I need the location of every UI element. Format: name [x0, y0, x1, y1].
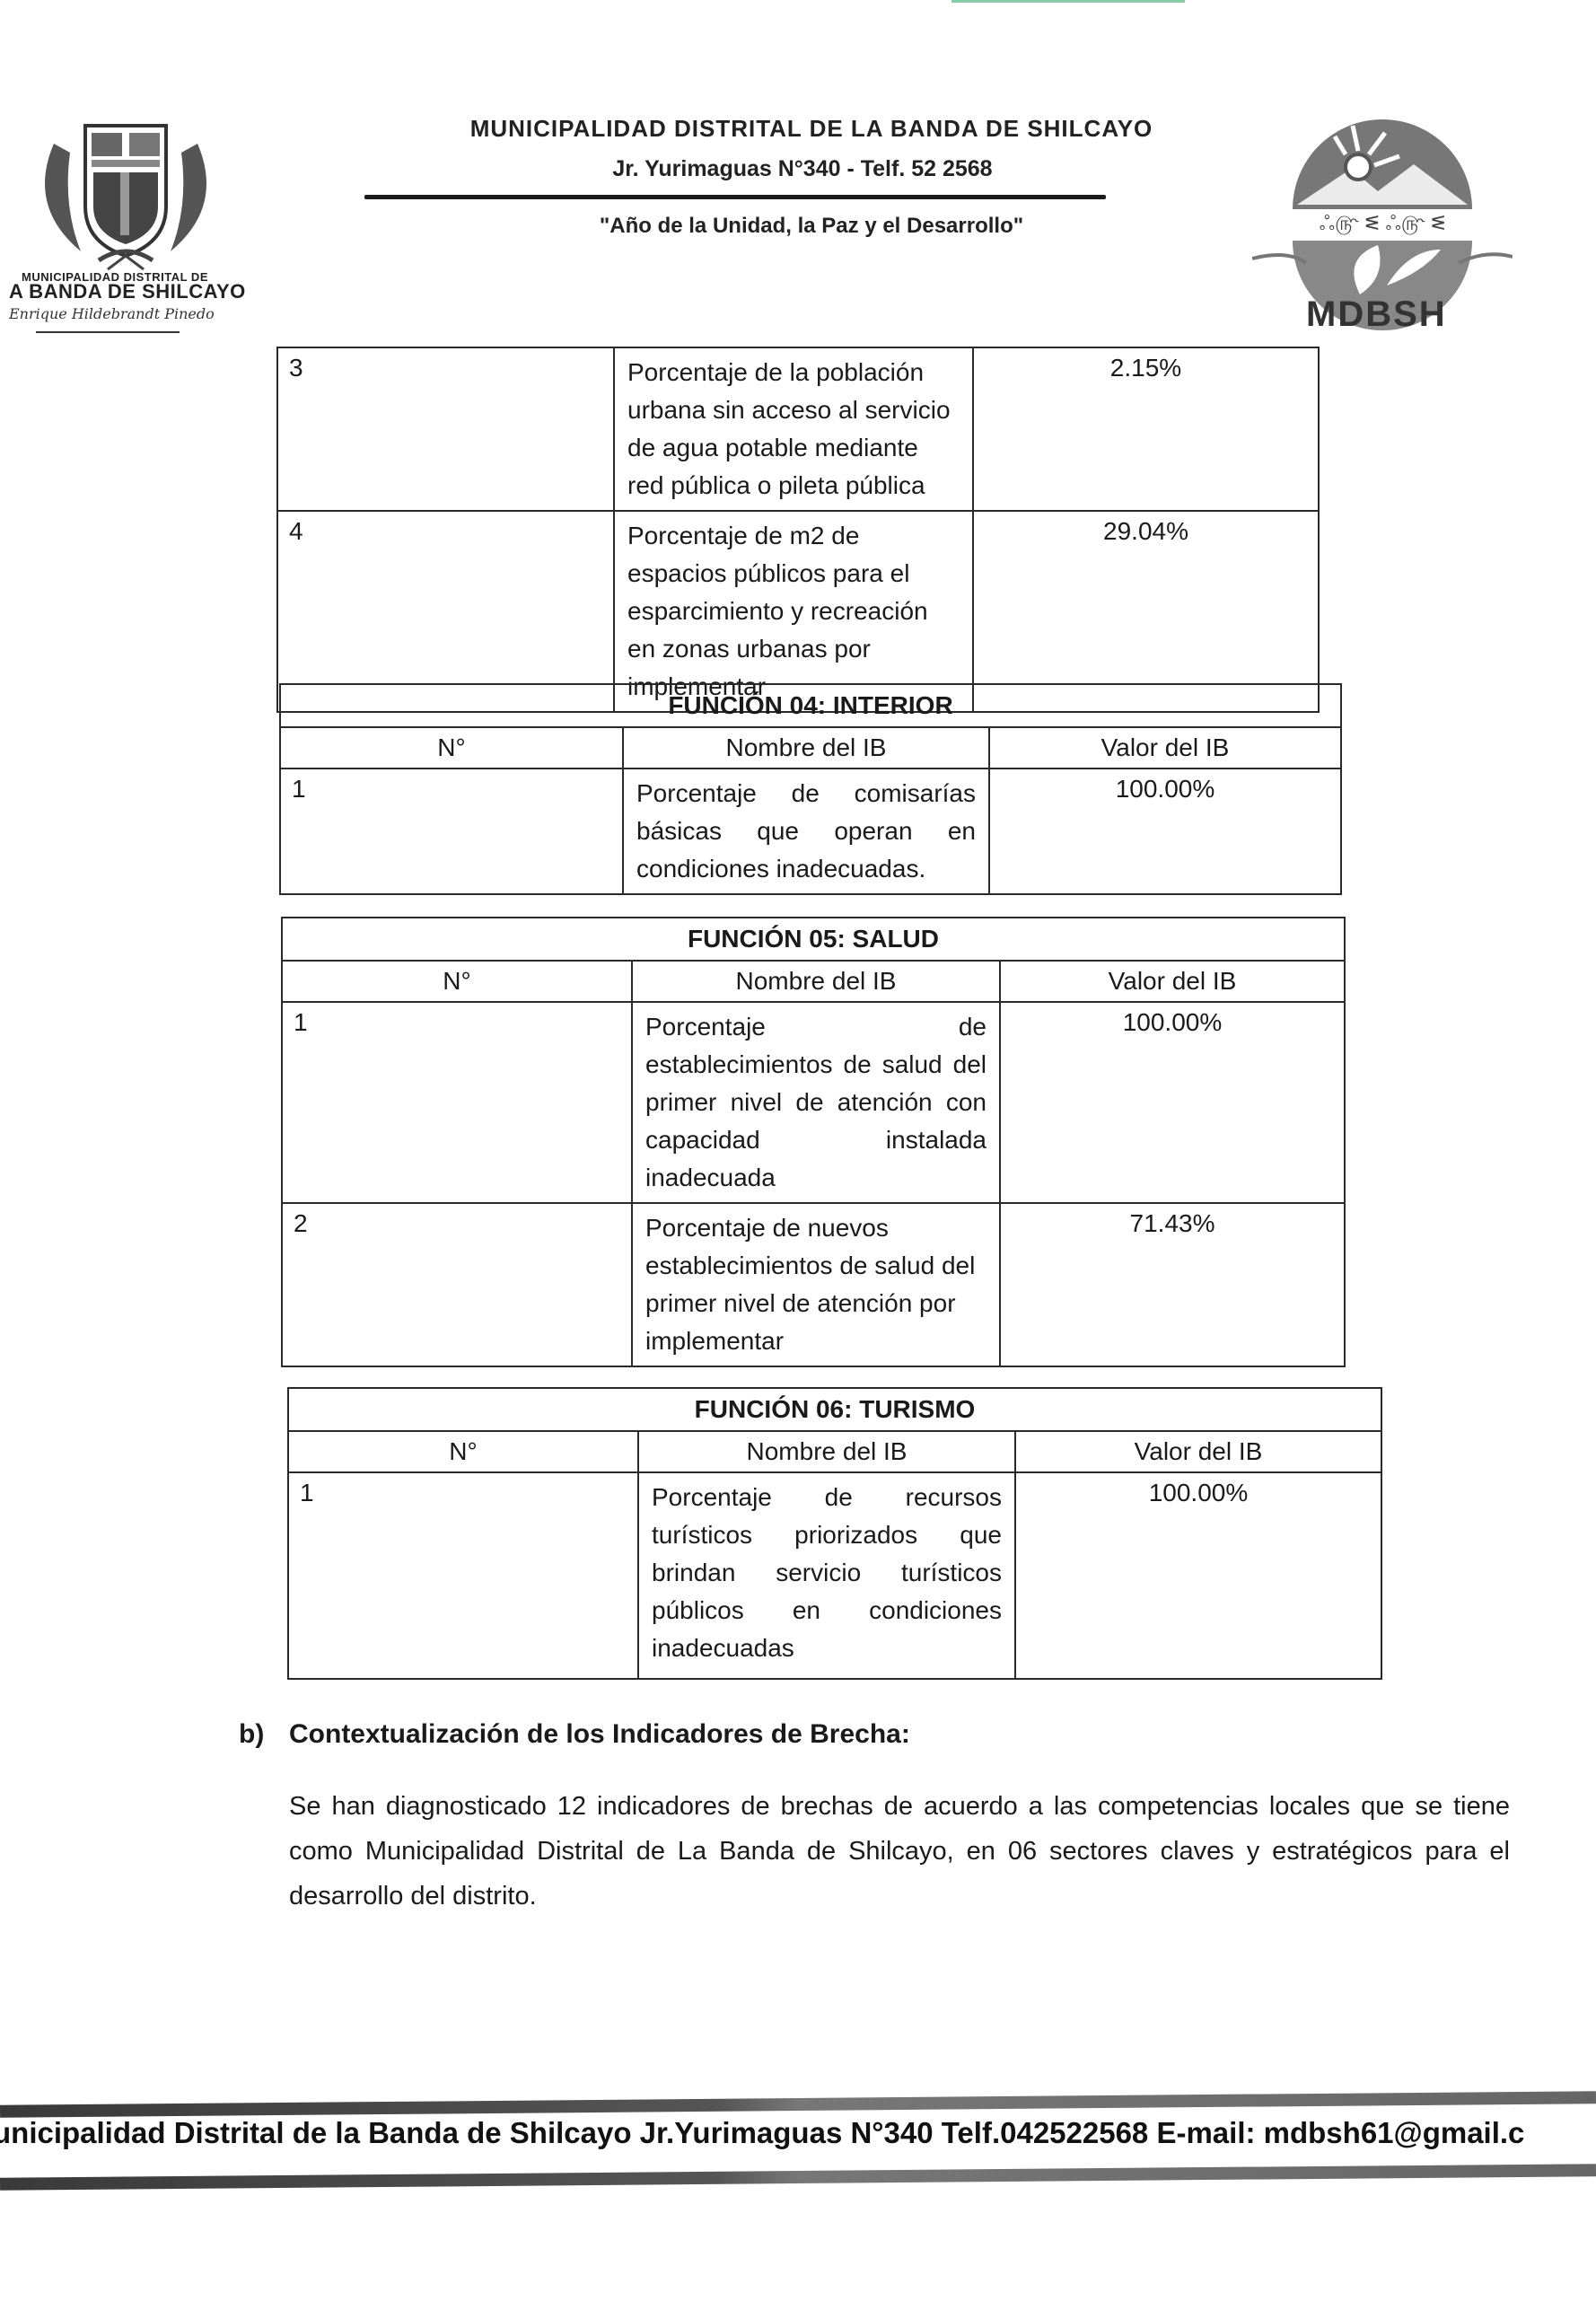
footer-bar-bottom	[0, 2164, 1596, 2191]
table-funcion-04-interior: FUNCIÓN 04: INTERIOR N° Nombre del IB Va…	[279, 683, 1342, 895]
indicator-name: Porcentaje de la población urbana sin ac…	[614, 347, 973, 511]
logo-acronym: MDBSH	[1306, 294, 1447, 335]
table-funcion-05-salud: FUNCIÓN 05: SALUD N° Nombre del IB Valor…	[281, 917, 1346, 1367]
row-number: 4	[277, 511, 614, 712]
table-row: 4 Porcentaje de m2 de espacios públicos …	[277, 511, 1319, 712]
crest-divider	[36, 331, 180, 333]
table-title: FUNCIÓN 05: SALUD	[282, 918, 1345, 961]
table-row: 1 Porcentaje de establecimientos de salu…	[282, 1002, 1345, 1203]
column-header-value: Valor del IB	[1000, 961, 1345, 1002]
indicator-value: 71.43%	[1000, 1203, 1345, 1366]
column-header-name: Nombre del IB	[632, 961, 1000, 1002]
row-number: 3	[277, 347, 614, 511]
footer-contact: unicipalidad Distrital de la Banda de Sh…	[0, 2116, 1596, 2150]
indicator-name: Porcentaje de nuevos establecimientos de…	[632, 1203, 1000, 1366]
column-header-value: Valor del IB	[989, 727, 1341, 769]
crest-caption-large: A BANDA DE SHILCAYO	[9, 280, 246, 303]
svg-text:ஃ௹ ᓬ ஃ௹ ᓬ: ஃ௹ ᓬ ஃ௹ ᓬ	[1320, 213, 1445, 235]
section-title: Contextualización de los Indicadores de …	[289, 1719, 910, 1749]
indicator-name: Porcentaje de recursos turísticos priori…	[638, 1472, 1015, 1679]
table-funcion-06-turismo: FUNCIÓN 06: TURISMO N° Nombre del IB Val…	[287, 1387, 1382, 1680]
column-header-number: N°	[282, 961, 632, 1002]
row-number: 2	[282, 1203, 632, 1366]
table-header-row: N° Nombre del IB Valor del IB	[280, 727, 1341, 769]
table-row: 2 Porcentaje de nuevos establecimientos …	[282, 1203, 1345, 1366]
letterhead-rule	[364, 195, 1106, 199]
table-title: FUNCIÓN 04: INTERIOR	[280, 684, 1341, 727]
indicator-value: 29.04%	[973, 511, 1319, 712]
table-row: 3 Porcentaje de la población urbana sin …	[277, 347, 1319, 511]
scan-edge-artifact	[951, 0, 1185, 3]
table-header-row: N° Nombre del IB Valor del IB	[282, 961, 1345, 1002]
row-number: 1	[280, 769, 623, 894]
indicators-table-continued: 3 Porcentaje de la población urbana sin …	[276, 347, 1320, 713]
indicator-name: Porcentaje de m2 de espacios públicos pa…	[614, 511, 973, 712]
table-row: 1 Porcentaje de recursos turísticos prio…	[288, 1472, 1381, 1679]
indicator-value: 2.15%	[973, 347, 1319, 511]
section-paragraph: Se han diagnosticado 12 indicadores de b…	[289, 1784, 1510, 1919]
column-header-name: Nombre del IB	[623, 727, 989, 769]
column-header-value: Valor del IB	[1015, 1431, 1381, 1472]
table-row: 1 Porcentaje de comisarías básicas que o…	[280, 769, 1341, 894]
row-number: 1	[282, 1002, 632, 1203]
table-header-row: N° Nombre del IB Valor del IB	[288, 1431, 1381, 1472]
indicator-value: 100.00%	[1000, 1002, 1345, 1203]
column-header-number: N°	[288, 1431, 638, 1472]
section-label: b)	[239, 1719, 289, 1750]
column-header-name: Nombre del IB	[638, 1431, 1015, 1472]
table-title: FUNCIÓN 06: TURISMO	[288, 1388, 1381, 1431]
indicator-name: Porcentaje de comisarías básicas que ope…	[623, 769, 989, 894]
row-number: 1	[288, 1472, 638, 1679]
column-header-number: N°	[280, 727, 623, 769]
indicator-value: 100.00%	[989, 769, 1341, 894]
indicator-value: 100.00%	[1015, 1472, 1381, 1679]
section-heading: b)Contextualización de los Indicadores d…	[239, 1719, 910, 1750]
crest-signature: Enrique Hildebrandt Pinedo	[9, 305, 215, 322]
indicator-name: Porcentaje de establecimientos de salud …	[632, 1002, 1000, 1203]
footer-bar-top	[0, 2091, 1596, 2118]
